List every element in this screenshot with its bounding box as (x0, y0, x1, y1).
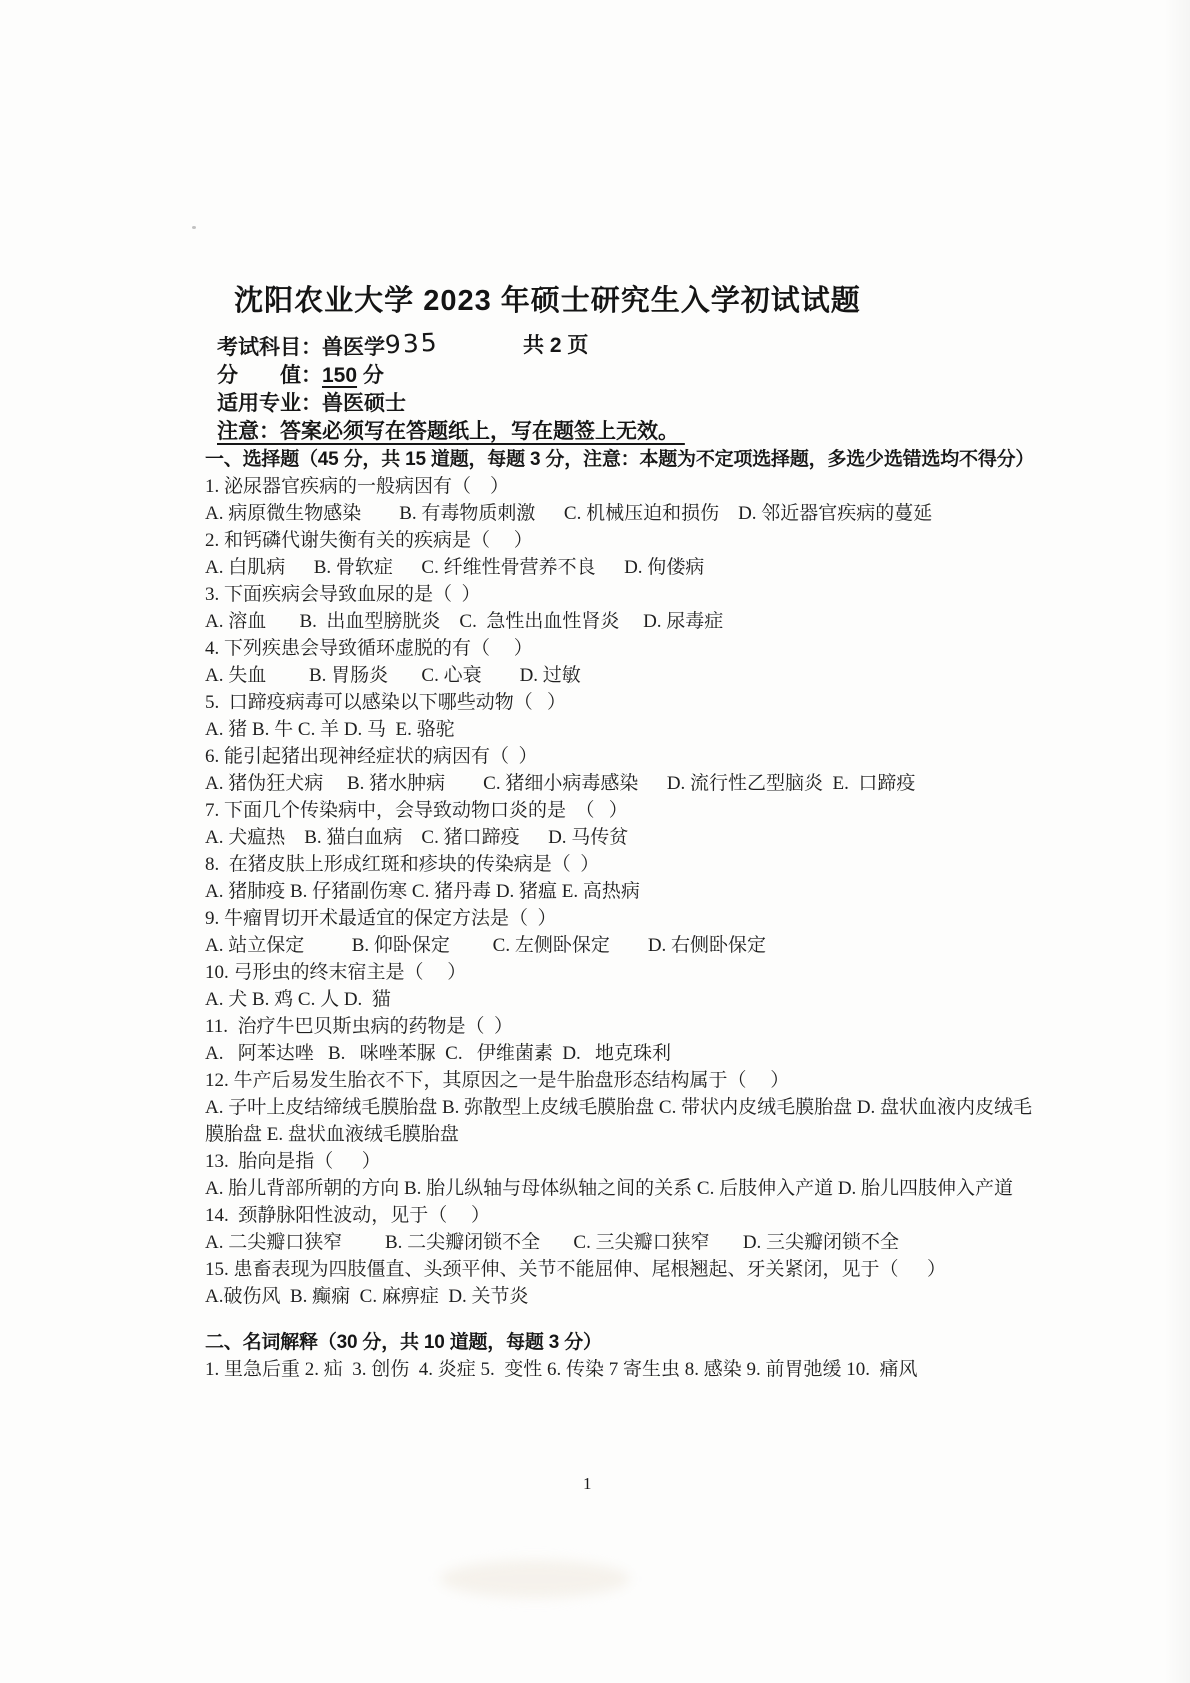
scan-artifact-smudge (440, 1560, 630, 1598)
exam-line: A. 子叶上皮结缔绒毛膜胎盘 B. 弥散型上皮绒毛膜胎盘 C. 带状内皮绒毛膜胎… (205, 1094, 1010, 1121)
exam-line: 10. 弓形虫的终末宿主是（ ） (205, 959, 1010, 986)
meta-score-row: 分 值：150 分 (205, 362, 1010, 390)
exam-line: 13. 胎向是指（ ） (205, 1148, 1010, 1175)
exam-line: 12. 牛产后易发生胎衣不下，其原因之一是牛胎盘形态结构属于（ ） (205, 1067, 1010, 1094)
exam-line: 2. 和钙磷代谢失衡有关的疾病是（ ） (205, 527, 1010, 554)
notice-text: 注意：答案必须写在答题纸上，写在题签上无效。 (217, 420, 685, 443)
exam-line: A. 犬瘟热 B. 猫白血病 C. 猪口蹄疫 D. 马传贫 (205, 824, 1010, 851)
exam-line: 14. 颈静脉阳性波动，见于（ ） (205, 1202, 1010, 1229)
major-value: 兽医硕士 (322, 392, 406, 415)
subject-value: 兽医学 (322, 336, 385, 359)
exam-line: A. 溶血 B. 出血型膀胱炎 C. 急性出血性肾炎 D. 尿毒症 (205, 608, 1010, 635)
score-value: 150 (322, 364, 357, 387)
exam-line: 8. 在猪皮肤上形成红斑和疹块的传染病是（ ） (205, 851, 1010, 878)
section2-lines: 1. 里急后重 2. 疝 3. 创伤 4. 炎症 5. 变性 6. 传染 7 寄… (205, 1356, 1010, 1383)
section1-heading: 一、选择题（45 分，共 15 道题，每题 3 分，注意：本题为不定项选择题，多… (205, 446, 1010, 473)
exam-line: A. 失血 B. 胃肠炎 C. 心衰 D. 过敏 (205, 662, 1010, 689)
exam-line: A. 猪 B. 牛 C. 羊 D. 马 E. 骆驼 (205, 716, 1010, 743)
exam-line: 1. 里急后重 2. 疝 3. 创伤 4. 炎症 5. 变性 6. 传染 7 寄… (205, 1356, 1010, 1383)
score-unit: 分 (357, 364, 384, 387)
exam-line: 15. 患畜表现为四肢僵直、头颈平伸、关节不能屈伸、尾根翘起、牙关紧闭，见于（ … (205, 1256, 1010, 1283)
subject-label: 考试科目： (217, 336, 322, 359)
meta-subject-row: 考试科目：兽医学935共 2 页 (205, 332, 1010, 362)
exam-line: A. 站立保定 B. 仰卧保定 C. 左侧卧保定 D. 右侧卧保定 (205, 932, 1010, 959)
exam-line: A. 胎儿背部所朝的方向 B. 胎儿纵轴与母体纵轴之间的关系 C. 后肢伸入产道… (205, 1175, 1010, 1202)
exam-line: 9. 牛瘤胃切开术最适宜的保定方法是（ ） (205, 905, 1010, 932)
exam-line: A. 白肌病 B. 骨软症 C. 纤维性骨营养不良 D. 佝偻病 (205, 554, 1010, 581)
exam-line: A. 病原微生物感染 B. 有毒物质刺激 C. 机械压迫和损伤 D. 邻近器官疾… (205, 500, 1010, 527)
page-title: 沈阳农业大学 2023 年硕士研究生入学初试试题 (205, 284, 890, 318)
meta-major-row: 适用专业：兽医硕士 (205, 390, 1010, 418)
exam-line: 膜胎盘 E. 盘状血液绒毛膜胎盘 (205, 1121, 1010, 1148)
section2-block: 二、名词解释（30 分，共 10 道题，每题 3 分） 1. 里急后重 2. 疝… (205, 1329, 1010, 1383)
subject-code-handwritten: 935 (384, 329, 439, 360)
exam-line: 1. 泌尿器官疾病的一般病因有（ ） (205, 473, 1010, 500)
exam-paper-page: 沈阳农业大学 2023 年硕士研究生入学初试试题 考试科目：兽医学935共 2 … (0, 0, 1190, 1683)
scan-edge-shadow (1164, 0, 1190, 1683)
exam-line: A. 犬 B. 鸡 C. 人 D. 猫 (205, 986, 1010, 1013)
exam-line: A. 阿苯达唑 B. 咪唑苯脲 C. 伊维菌素 D. 地克珠利 (205, 1040, 1010, 1067)
score-label: 分 值： (217, 364, 322, 387)
page-content: 沈阳农业大学 2023 年硕士研究生入学初试试题 考试科目：兽医学935共 2 … (205, 284, 1010, 1383)
meta-notice-row: 注意：答案必须写在答题纸上，写在题签上无效。 (205, 418, 1010, 446)
page-count-label: 共 2 页 (523, 332, 588, 360)
exam-line: 11. 治疗牛巴贝斯虫病的药物是（ ） (205, 1013, 1010, 1040)
page-number: 1 (583, 1474, 592, 1494)
exam-line: A.破伤风 B. 癫痫 C. 麻痹症 D. 关节炎 (205, 1283, 1010, 1310)
exam-line: 6. 能引起猪出现神经症状的病因有（ ） (205, 743, 1010, 770)
exam-line: 4. 下列疾患会导致循环虚脱的有（ ） (205, 635, 1010, 662)
exam-line: A. 二尖瓣口狭窄 B. 二尖瓣闭锁不全 C. 三尖瓣口狭窄 D. 三尖瓣闭锁不… (205, 1229, 1010, 1256)
exam-line: A. 猪肺疫 B. 仔猪副伤寒 C. 猪丹毒 D. 猪瘟 E. 高热病 (205, 878, 1010, 905)
exam-line: 7. 下面几个传染病中，会导致动物口炎的是 （ ） (205, 797, 1010, 824)
major-label: 适用专业： (217, 392, 322, 415)
scan-artifact-dot (192, 226, 196, 229)
exam-line: 5. 口蹄疫病毒可以感染以下哪些动物（ ） (205, 689, 1010, 716)
exam-line: A. 猪伪狂犬病 B. 猪水肿病 C. 猪细小病毒感染 D. 流行性乙型脑炎 E… (205, 770, 1010, 797)
section1-lines: 1. 泌尿器官疾病的一般病因有（ ）A. 病原微生物感染 B. 有毒物质刺激 C… (205, 473, 1010, 1310)
section2-heading: 二、名词解释（30 分，共 10 道题，每题 3 分） (205, 1329, 1010, 1356)
exam-line: 3. 下面疾病会导致血尿的是（ ） (205, 581, 1010, 608)
